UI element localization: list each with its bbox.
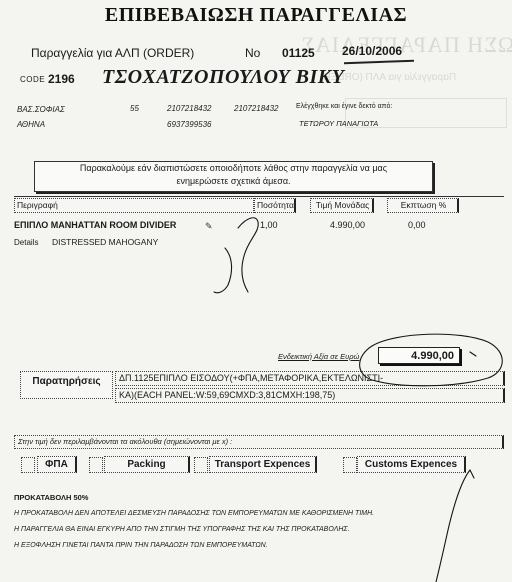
- notice-line-1: Παρακαλούμε εάν διαπιστώσετε οποιοδήποτε…: [35, 162, 432, 175]
- item-unit-price: 4.990,00: [330, 220, 365, 230]
- notice-line-2: ενημερώσετε σχετικά άμεσα.: [35, 175, 432, 188]
- date-underline: [344, 60, 414, 64]
- column-header-unit-price: Τιμή Μονάδας: [310, 198, 374, 213]
- terms-line-2: Η ΠΑΡΑΓΓΕΛΙΑ ΘΑ ΕΙΝΑΙ ΕΓΚΥΡΗ ΑΠΟ ΤΗΝ ΣΤΙ…: [14, 526, 350, 533]
- edit-icon: ✎: [205, 221, 213, 232]
- item-details-label: Details: [14, 238, 38, 247]
- order-date: 26/10/2006: [342, 44, 402, 58]
- column-header-quantity: Ποσότητα: [254, 198, 296, 213]
- item-description: ΕΠΙΠΛΟ MANHATTAN ROOM DIVIDER: [14, 220, 176, 230]
- checkbox-packing[interactable]: [89, 457, 103, 473]
- customer-phone-1: 2107218432: [167, 104, 212, 113]
- notice-box: Παρακαλούμε εάν διαπιστώσετε οποιοδήποτε…: [34, 161, 433, 192]
- verification-label: Ελέγχθηκε και έγινε δεκτό από:: [296, 103, 392, 110]
- customer-code-label: CODE: [20, 75, 45, 84]
- column-header-discount: Εκπτωση %: [387, 198, 459, 213]
- customer-phone-2: 2107218432: [234, 104, 279, 113]
- ghost-title: ΕΠΙΒΕΒΑΙΩΣΗ ΠΑΡΑΓΓΕΛΙΑΣ: [300, 32, 512, 58]
- item-details: DISTRESSED MAHOGANY: [52, 237, 158, 247]
- column-header-description: Περιγραφή: [14, 198, 254, 213]
- exclusions-label: Στην τιμή δεν περιλαμβάνονται τα ακόλουθ…: [14, 435, 504, 449]
- customer-street: ΒΑΣ.ΣΟΦΙΑΣ: [17, 105, 65, 114]
- option-vat: ΦΠΑ: [37, 456, 77, 473]
- customer-name: ΤΣΟΧΑΤΖΟΠΟΥΛΟΥ ΒΙΚΥ: [102, 66, 344, 89]
- checkbox-transport[interactable]: [194, 457, 208, 473]
- advance-payment-title: ΠΡΟΚΑΤΑΒΟΛΗ 50%: [14, 493, 88, 502]
- customer-code: 2196: [48, 72, 75, 86]
- checkbox-vat[interactable]: [21, 457, 35, 473]
- divider: [14, 196, 504, 197]
- checkbox-customs[interactable]: [343, 457, 357, 473]
- customer-mobile: 6937399536: [167, 120, 212, 129]
- customer-street-number: 55: [130, 104, 139, 113]
- remarks-line-1: ΔΠ.1125ΕΠΙΠΛΟ ΕΙΣΟΔΟΥ(+ΦΠΑ,ΜΕΤΑΦΟΡΙΚΑ,ΕΚ…: [115, 371, 505, 386]
- remarks-line-2: ΚΑ)(EACH PANEL:W:59,69CMXD:3,81CMXH:198,…: [115, 388, 505, 403]
- item-discount: 0,00: [408, 220, 426, 230]
- document-title: ΕΠΙΒΕΒΑΙΩΣΗ ΠΑΡΑΓΓΕΛΙΑΣ: [0, 4, 512, 27]
- order-number: 01125: [282, 46, 315, 60]
- option-customs: Customs Expences: [357, 456, 466, 473]
- terms-line-1: Η ΠΡΟΚΑΤΑΒΟΛΗ ΔΕΝ ΑΠΟΤΕΛΕΙ ΔΕΣΜΕΥΣΗ ΠΑΡΑ…: [14, 510, 374, 517]
- verification-name: ΤΕΤΩΡΟΥ ΠΑΝΑΓΙΩΤΑ: [299, 119, 378, 128]
- total-value: 4.990,00: [378, 347, 460, 364]
- terms-line-3: Η ΕΞΟΦΛΗΣΗ ΓΙΝΕΤΑΙ ΠΑΝΤΑ ΠΡΙΝ ΤΗΝ ΠΑΡΑΔΟ…: [14, 542, 268, 549]
- option-transport: Transport Expences: [209, 456, 317, 473]
- customer-city: ΑΘΗΝΑ: [17, 120, 45, 129]
- order-number-label: No: [245, 46, 260, 60]
- order-label: Παραγγελία για ΑΛΠ (ORDER): [31, 46, 194, 60]
- option-packing: Packing: [104, 456, 190, 473]
- item-quantity: 1,00: [260, 220, 278, 230]
- remarks-label: Παρατηρήσεις: [20, 371, 113, 399]
- total-label: Ενδεικτική Αξία σε Ευρώ: [278, 352, 359, 361]
